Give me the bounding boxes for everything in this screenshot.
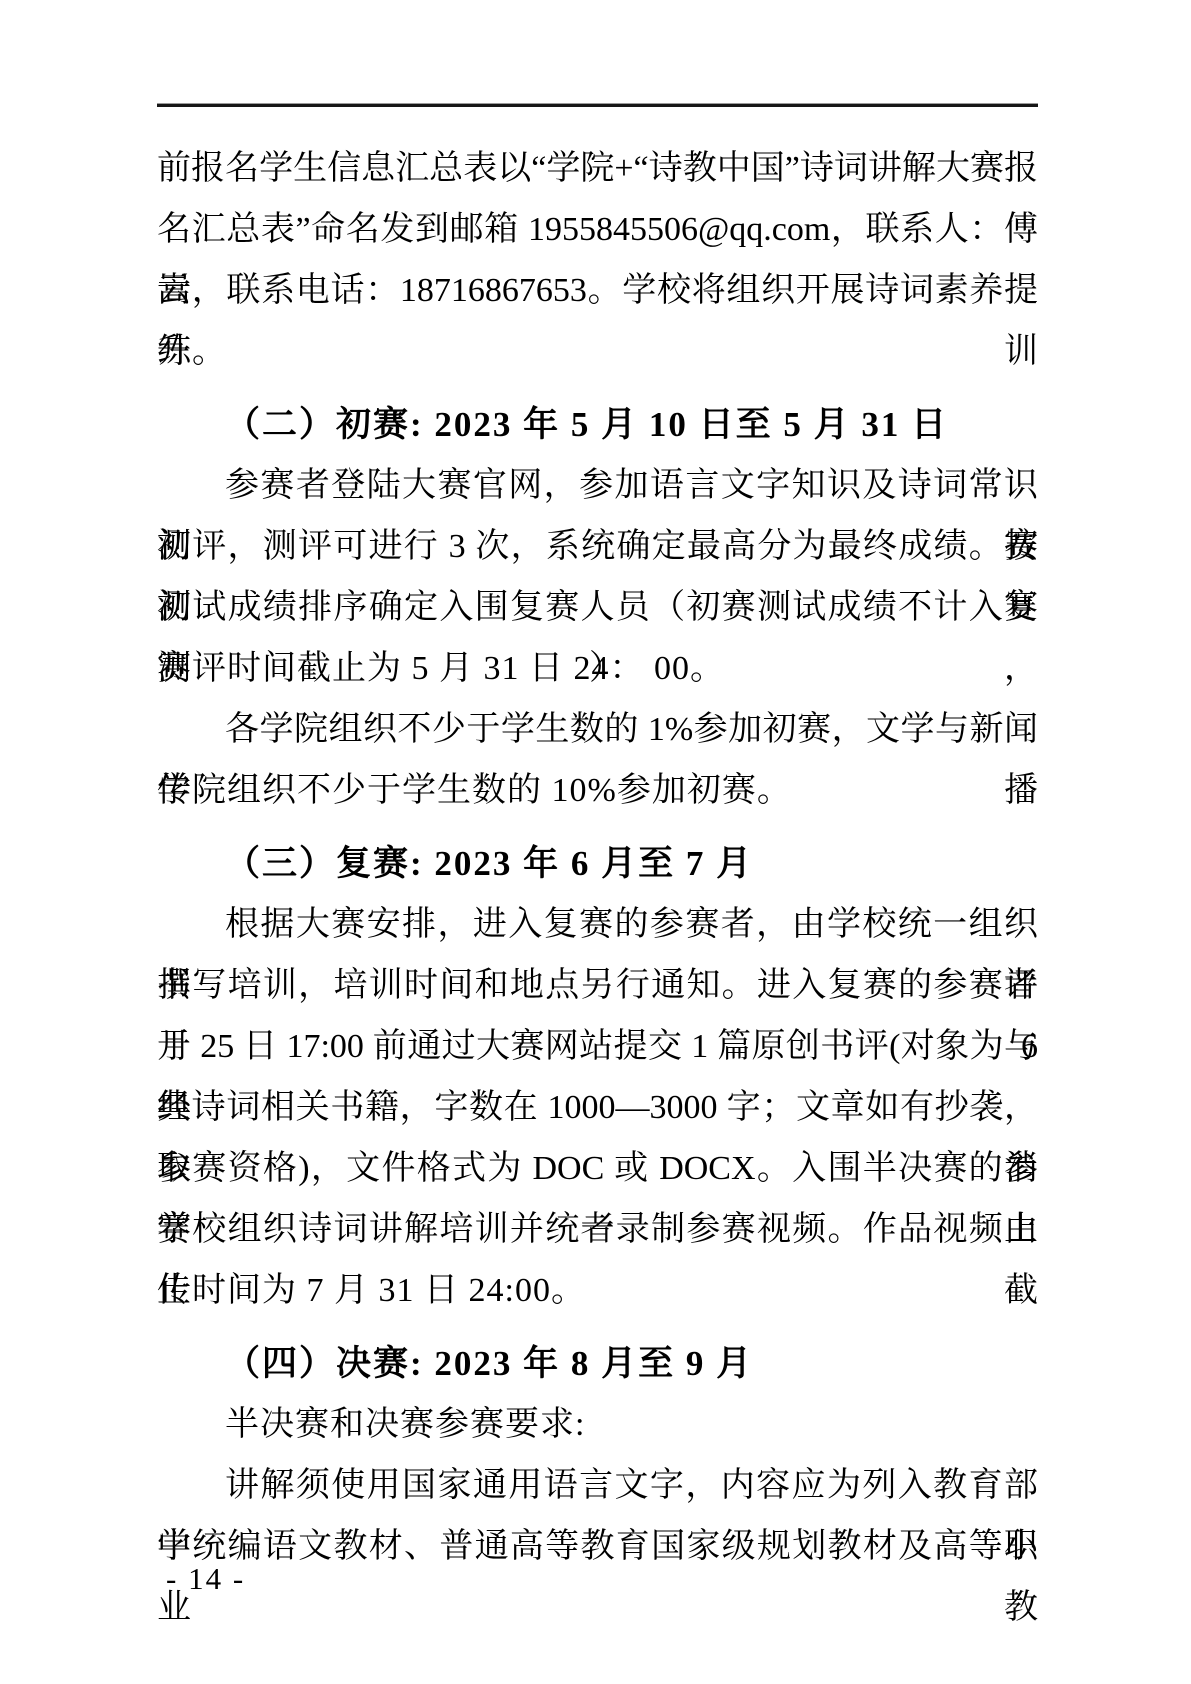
text-line: 学统编语文教材、普通高等教育国家级规划教材及高等职业教 — [157, 1516, 1038, 1577]
text-line: 半决赛和决赛参赛要求: — [157, 1394, 1038, 1455]
text-line: 测试成绩排序确定入围复赛人员（初赛测试成绩不计入复赛）， — [157, 577, 1038, 638]
text-line: 云，联系电话：18716867653。学校将组织开展诗词素养提升训 — [157, 260, 1038, 321]
text-line: 根据大赛安排，进入复赛的参赛者，由学校统一组织书评 — [157, 894, 1038, 955]
text-line: 参赛资格)，文件格式为 DOC 或 DOCX。入围半决赛的参赛者由 — [157, 1138, 1038, 1199]
text-line: 名汇总表”命名发到邮箱 1955845506@qq.com，联系人：傅嵩 — [157, 199, 1038, 260]
text-line: 学校组织诗词讲解培训并统一录制参赛视频。作品视频上传截 — [157, 1199, 1038, 1260]
text-line: 参赛者登陆大赛官网，参加语言文字知识及诗词常识初赛 — [157, 455, 1038, 516]
section-heading: （三）复赛: 2023 年 6 月至 7 月 — [157, 833, 1038, 894]
section-heading: （四）决赛: 2023 年 8 月至 9 月 — [157, 1333, 1038, 1394]
document-body: 前报名学生信息汇总表以“学院+“诗教中国”诗词讲解大赛报 名汇总表”命名发到邮箱… — [157, 138, 1038, 1577]
document-page: 前报名学生信息汇总表以“学院+“诗教中国”诗词讲解大赛报 名汇总表”命名发到邮箱… — [0, 0, 1191, 1684]
text-line: 各学院组织不少于学生数的 1%参加初赛，文学与新闻传播 — [157, 699, 1038, 760]
text-line: 典诗词相关书籍，字数在 1000—3000 字；文章如有抄袭，取消 — [157, 1077, 1038, 1138]
header-rule — [157, 103, 1038, 107]
page-number: - 14 - — [166, 1560, 245, 1598]
section-heading: （二）初赛: 2023 年 5 月 10 日至 5 月 31 日 — [157, 394, 1038, 455]
text-line: 测评，测评可进行 3 次，系统确定最高分为最终成绩。按初赛 — [157, 516, 1038, 577]
text-line: 月 25 日 17:00 前通过大赛网站提交 1 篇原创书评(对象为与经 — [157, 1016, 1038, 1077]
text-line: 讲解须使用国家通用语言文字，内容应为列入教育部中小 — [157, 1455, 1038, 1516]
text-line: 撰写培训，培训时间和地点另行通知。进入复赛的参赛者于 6 — [157, 955, 1038, 1016]
text-line: 前报名学生信息汇总表以“学院+“诗教中国”诗词讲解大赛报 — [157, 138, 1038, 199]
